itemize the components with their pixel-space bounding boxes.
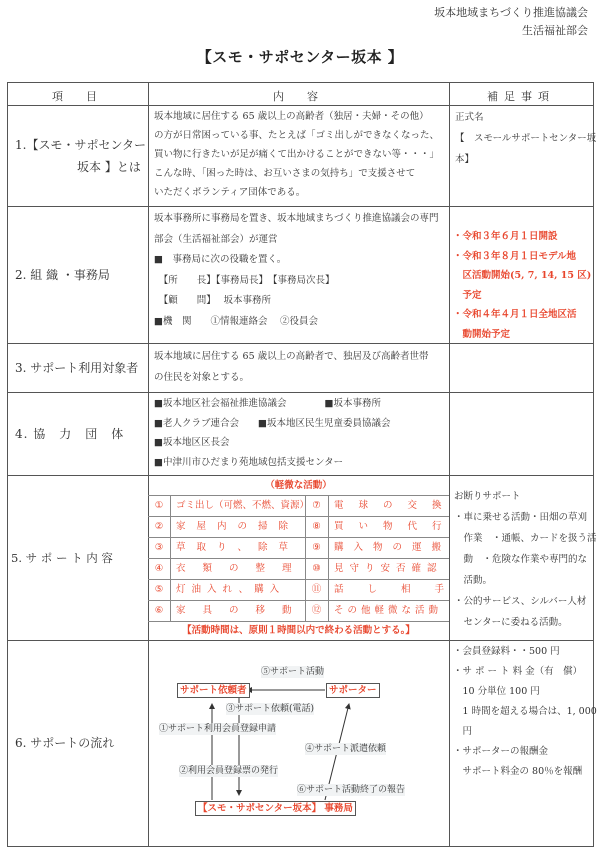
flow-step-6: ⑥サポート活動終了の報告: [297, 784, 405, 796]
department-name: 生活福祉部会: [522, 24, 588, 38]
info-table: 項 目 内 容 補足事項 1.【スモ・サポセンター 坂本 】とは 坂本地域に居住…: [7, 82, 594, 847]
flow-box-office: 【スモ・サポセンター坂本】 事務局: [195, 801, 356, 816]
flow-step-5: ⑤サポート活動: [261, 666, 324, 678]
flow-arrows: [7, 82, 594, 847]
page-title: 【スモ・サポセンター坂本 】: [0, 46, 600, 67]
flow-step-4: ④サポート派遣依頼: [305, 743, 386, 755]
org-name: 坂本地域まちづくり推進協議会: [434, 6, 588, 20]
flow-box-supporter: サポーター: [326, 683, 380, 698]
flow-step-2: ②利用会員登録票の発行: [179, 765, 278, 777]
flow-step-1: ①サポート利用会員登録申請: [159, 723, 276, 735]
flow-step-3: ③サポート依頼(電話): [226, 703, 314, 715]
flow-box-requester: サポート依頼者: [177, 683, 250, 698]
